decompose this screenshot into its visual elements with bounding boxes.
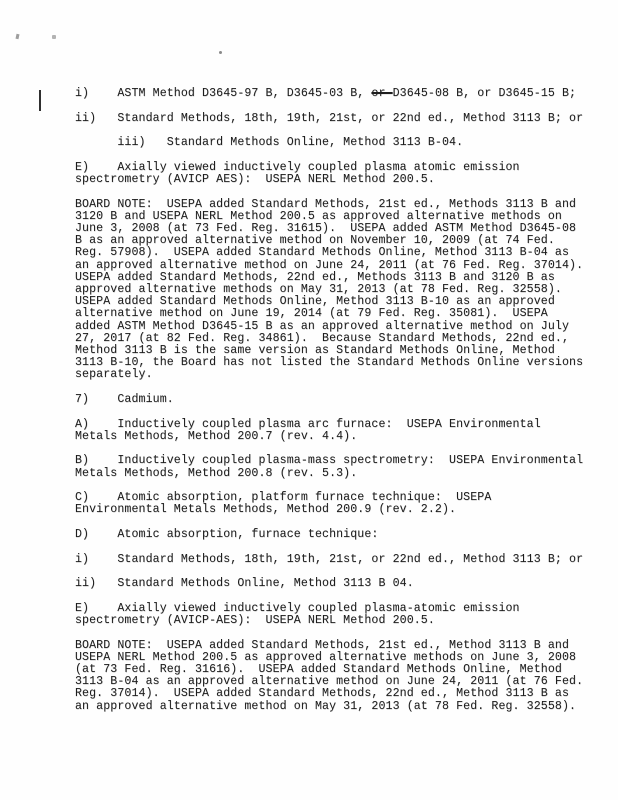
board-note-paragraph: BOARD NOTE: USEPA added Standard Methods…	[75, 199, 615, 382]
list-item-ii: ii) Standard Methods, 18th, 19th, 21st, …	[75, 113, 615, 125]
list-item-iii: iii) Standard Methods Online, Method 311…	[75, 137, 615, 149]
list-item-d: D) Atomic absorption, furnace technique:	[75, 529, 615, 541]
list-item-b: B) Inductively coupled plasma-mass spect…	[75, 455, 615, 479]
list-item-c: C) Atomic absorption, platform furnace t…	[75, 492, 615, 516]
scan-speck	[219, 51, 222, 54]
struck-text: or	[371, 87, 392, 100]
list-item-ii-2: ii) Standard Methods Online, Method 3113…	[75, 578, 615, 590]
text-segment: D3645-08 B, or D3645-15 B;	[393, 87, 577, 100]
list-item-a: A) Inductively coupled plasma arc furnac…	[75, 419, 615, 443]
item-7-cadmium: 7) Cadmium.	[75, 394, 615, 406]
list-item-e-2: E) Axially viewed inductively coupled pl…	[75, 603, 615, 627]
document-text: i) ASTM Method D3645-97 B, D3645-03 B, o…	[75, 88, 615, 713]
text-segment: i) ASTM Method D3645-97 B, D3645-03 B,	[75, 87, 371, 100]
scanned-document-page: i) ASTM Method D3645-97 B, D3645-03 B, o…	[0, 0, 618, 800]
scan-speck	[52, 35, 56, 39]
margin-revision-bar	[39, 90, 41, 111]
list-item-e: E) Axially viewed inductively coupled pl…	[75, 162, 615, 186]
list-item-i: i) ASTM Method D3645-97 B, D3645-03 B, o…	[75, 88, 615, 100]
board-note-paragraph-2: BOARD NOTE: USEPA added Standard Methods…	[75, 640, 615, 713]
list-item-i-2: i) Standard Methods, 18th, 19th, 21st, o…	[75, 554, 615, 566]
scan-speck	[16, 34, 20, 40]
